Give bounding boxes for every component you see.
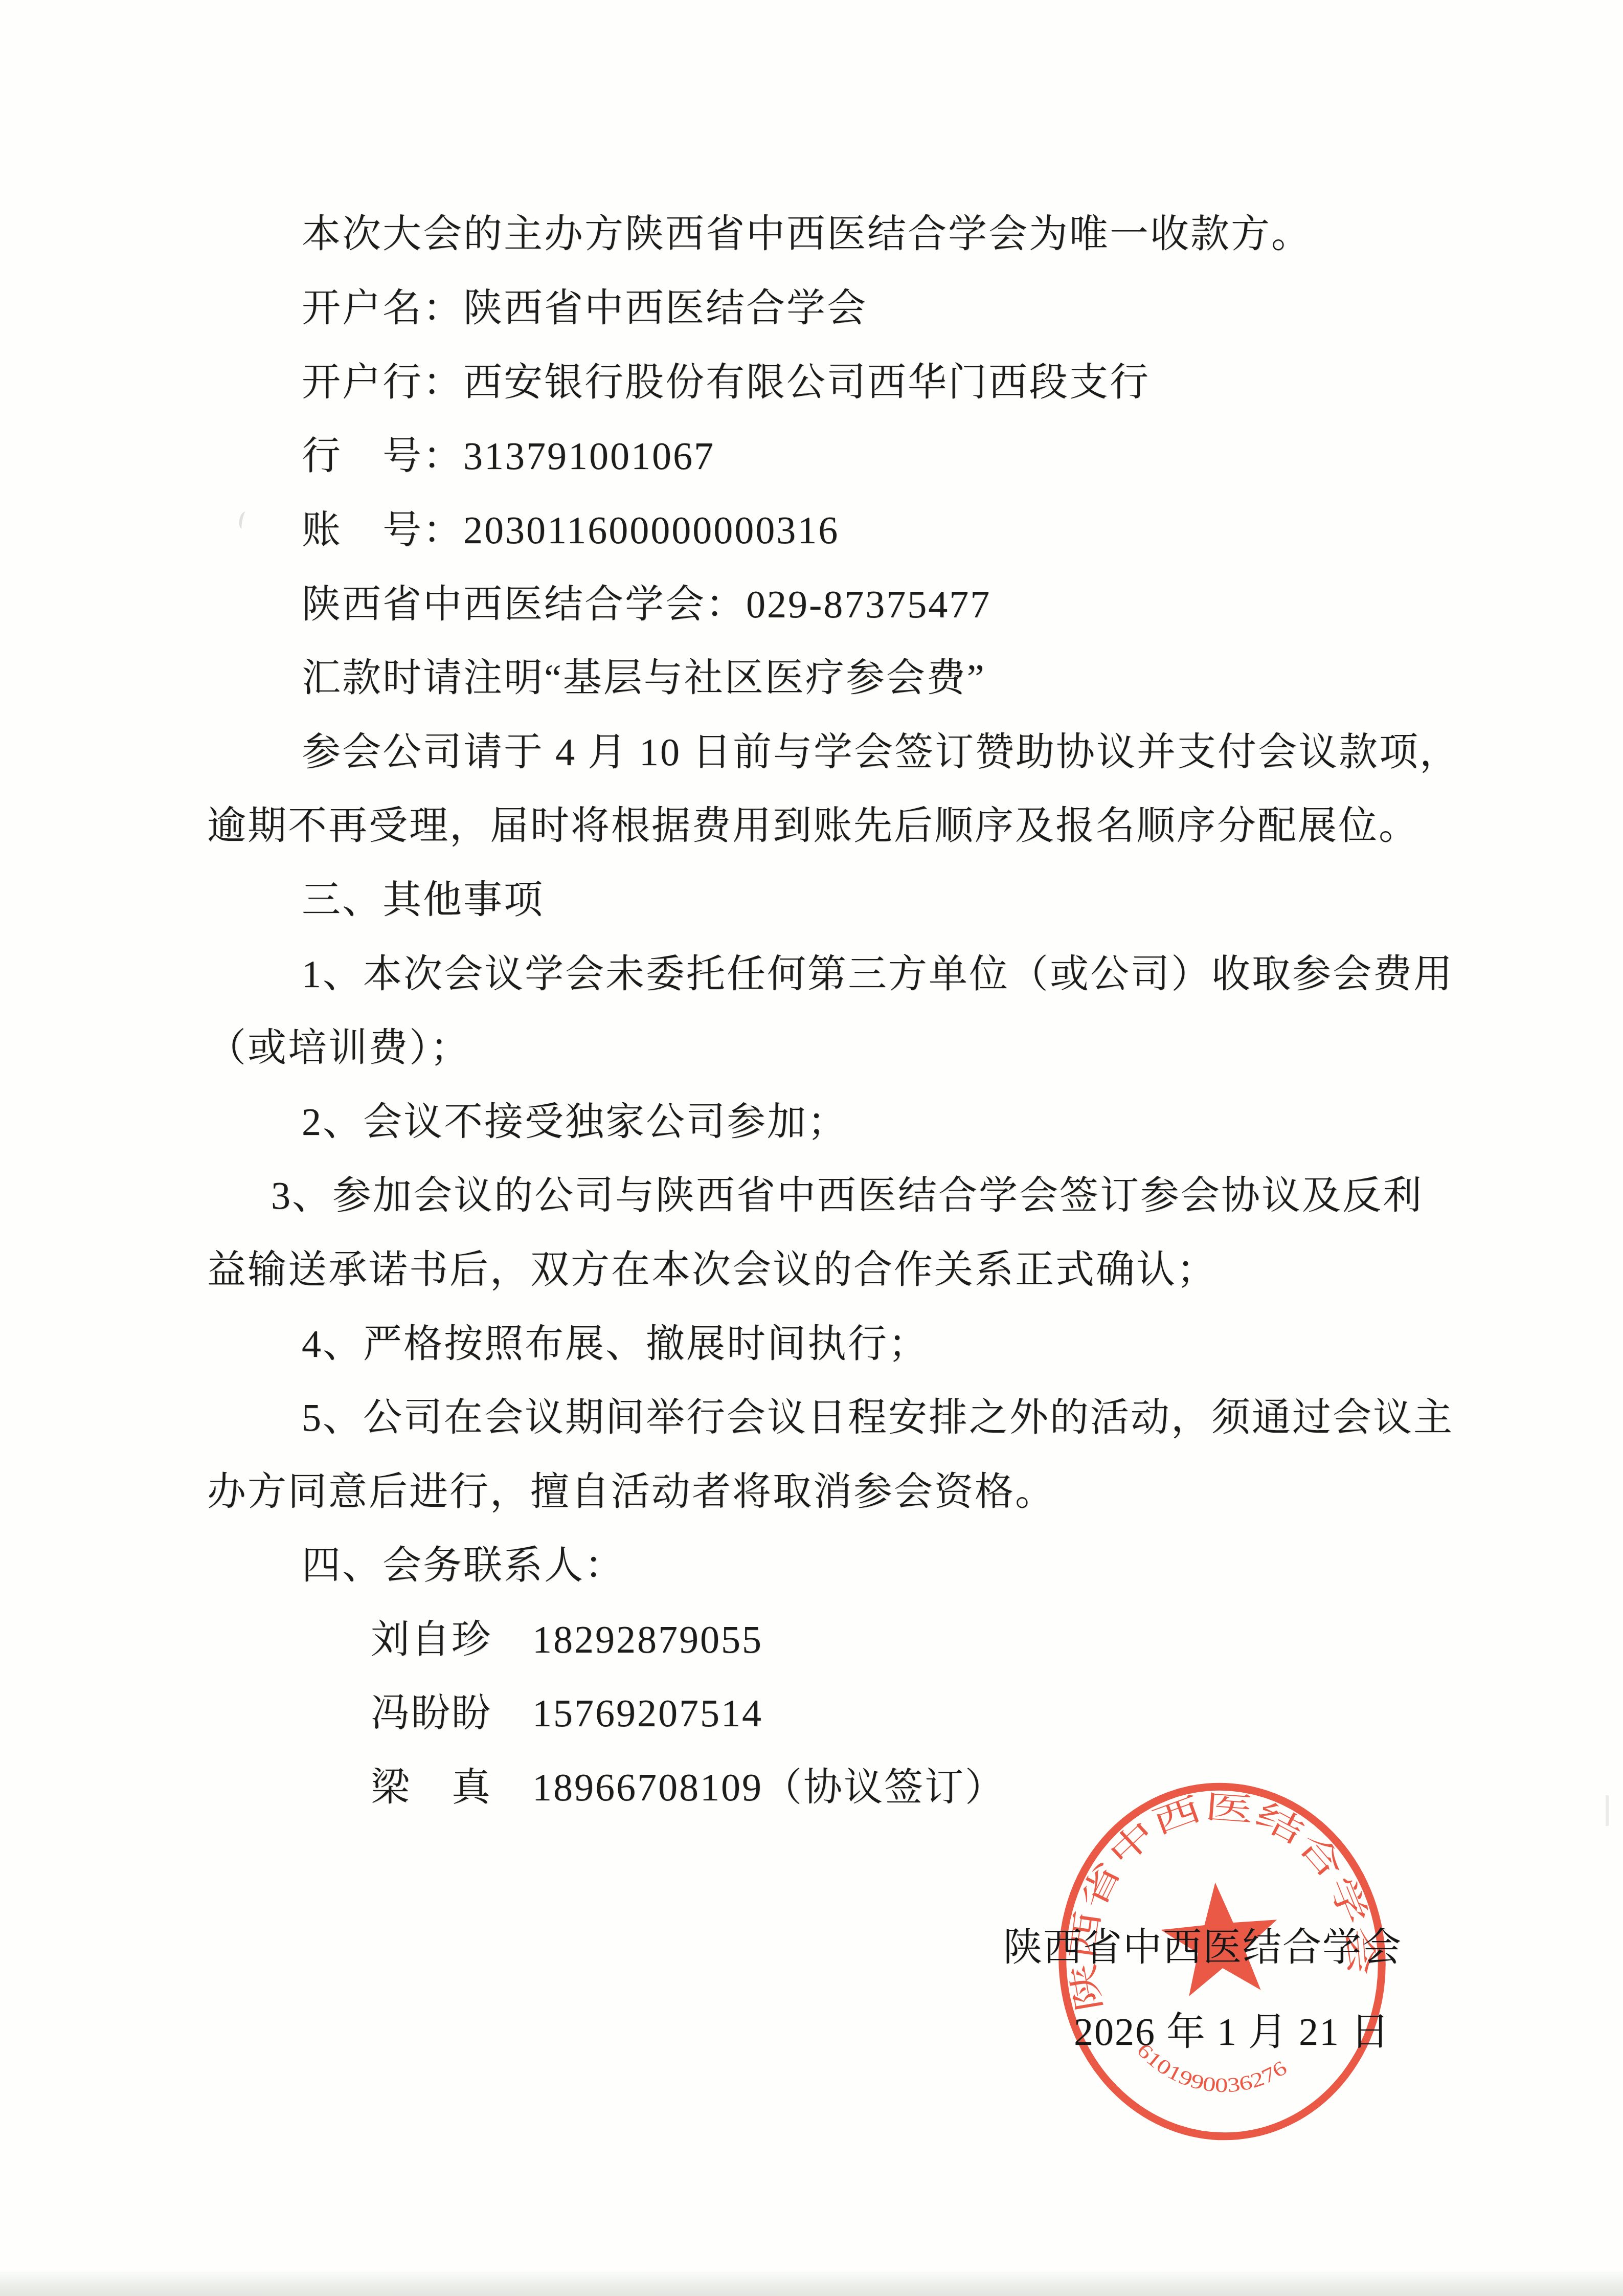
signature-organization: 陕西省中西医结合学会 xyxy=(1003,1928,1402,1967)
document-page: 本次大会的主办方陕西省中西医结合学会为唯一收款方。 开户名：陕西省中西医结合学会… xyxy=(0,0,1623,2296)
body-text-line: （或培训费）； xyxy=(207,1029,470,1067)
body-text-line: 逾期不再受理，届时将根据费用到账先后顺序及报名顺序分配展位。 xyxy=(207,807,1419,845)
section-heading: 四、会务联系人： xyxy=(302,1546,625,1585)
body-text-line: 汇款时请注明“基层与社区医疗参会费” xyxy=(302,659,985,698)
body-text-line: 2、会议不接受独家公司参加； xyxy=(302,1103,848,1142)
section-heading: 三、其他事项 xyxy=(302,881,544,920)
body-text-line: 益输送承诺书后，双方在本次会议的合作关系正式确认； xyxy=(207,1251,1217,1289)
signature-date: 2026 年 1 月 21 日 xyxy=(1074,2013,1390,2052)
body-text-line: 本次大会的主办方陕西省中西医结合学会为唯一收款方。 xyxy=(302,215,1312,254)
body-text-line: 开户名：陕西省中西医结合学会 xyxy=(302,289,867,328)
scan-speck xyxy=(238,511,251,530)
contact-line: 冯盼盼 15769207514 xyxy=(371,1694,763,1733)
contact-line: 刘自珍 18292879055 xyxy=(371,1620,763,1659)
body-text-line: 参会公司请于 4 月 10 日前与学会签订赞助协议并支付会议款项， xyxy=(302,733,1460,772)
body-text-line: 1、本次会议学会未委托任何第三方单位（或公司）收取参会费用 xyxy=(302,955,1454,994)
body-text-line: 4、严格按照布展、撤展时间执行； xyxy=(302,1325,929,1364)
body-text-line: 行 号：313791001067 xyxy=(302,437,715,476)
body-text-line: 陕西省中西医结合学会：029-87375477 xyxy=(302,585,991,624)
body-text-line: 3、参加会议的公司与陕西省中西医结合学会签订参会协议及反利 xyxy=(271,1176,1423,1215)
contact-line: 梁 真 18966708109（协议签订） xyxy=(371,1768,1005,1807)
body-text-line: 办方同意后进行，擅自活动者将取消参会资格。 xyxy=(207,1473,1055,1511)
body-text-line: 账 号：203011600000000316 xyxy=(302,511,839,550)
body-text-line: 5、公司在会议期间举行会议日程安排之外的活动，须通过会议主 xyxy=(302,1398,1454,1437)
scan-speck xyxy=(1606,1795,1609,1826)
scan-edge-shadow xyxy=(0,2271,1623,2296)
body-text-line: 开户行：西安银行股份有限公司西华门西段支行 xyxy=(302,363,1150,402)
